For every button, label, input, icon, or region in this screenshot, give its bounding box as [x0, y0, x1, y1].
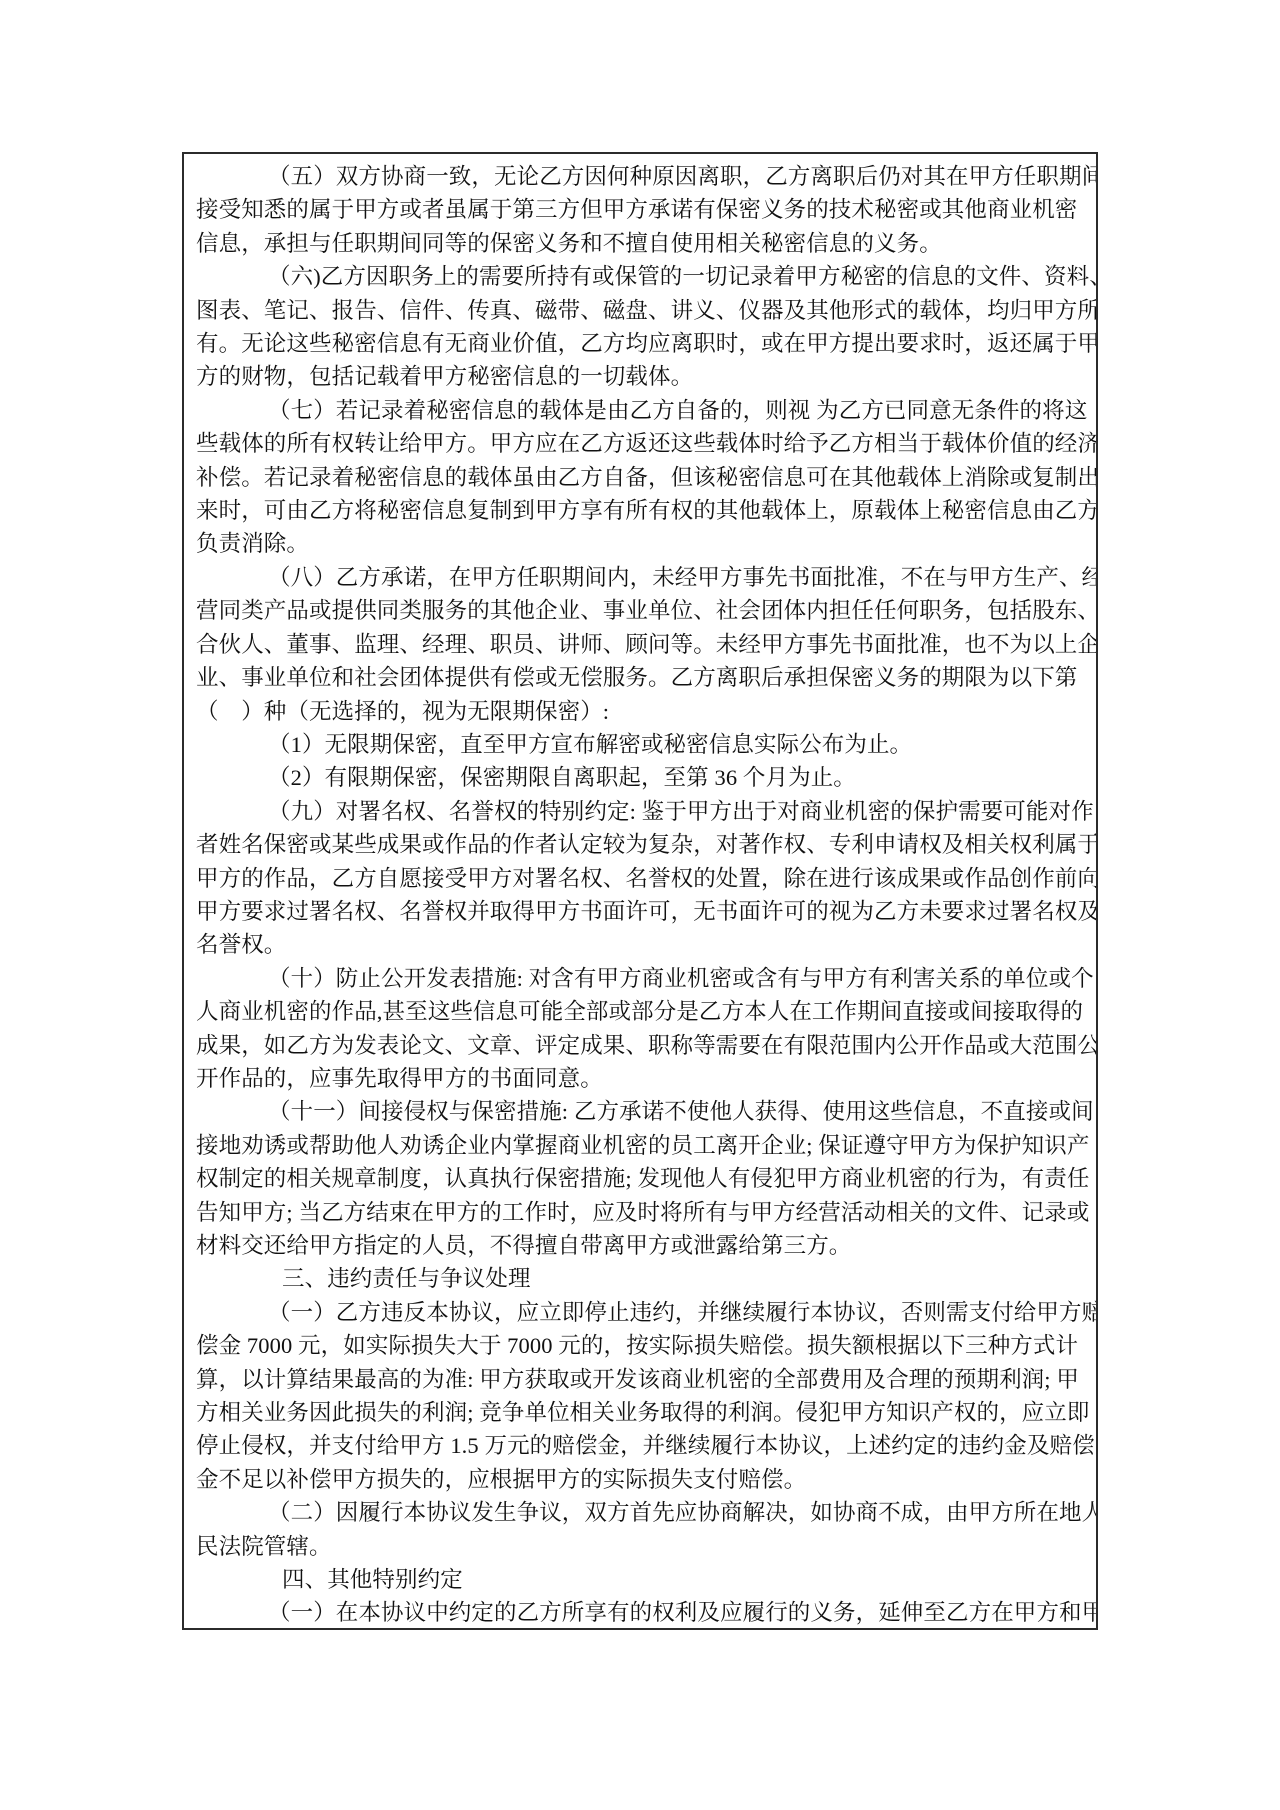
text-line: 图表、笔记、报告、信件、传真、磁带、磁盘、讲义、仪器及其他形式的载体，均归甲方所 — [196, 294, 1086, 327]
text-line: 信息，承担与任职期间同等的保密义务和不擅自使用相关秘密信息的义务。 — [196, 227, 1086, 260]
text-line: （六)乙方因职务上的需要所持有或保管的一切记录着甲方秘密的信息的文件、资料、 — [196, 260, 1086, 293]
text-line: 权制定的相关规章制度，认真执行保密措施; 发现他人有侵犯甲方商业机密的行为，有责… — [196, 1162, 1086, 1195]
text-line: 业、事业单位和社会团体提供有偿或无偿服务。乙方离职后承担保密义务的期限为以下第 — [196, 661, 1086, 694]
text-line: 有。无论这些秘密信息有无商业价值，乙方均应离职时，或在甲方提出要求时，返还属于甲 — [196, 327, 1086, 360]
text-line: 负责消除。 — [196, 527, 1086, 560]
text-line: 告知甲方; 当乙方结束在甲方的工作时，应及时将所有与甲方经营活动相关的文件、记录… — [196, 1196, 1086, 1229]
text-line: （2）有限期保密，保密期限自离职起，至第 36 个月为止。 — [196, 761, 1086, 794]
text-line: 材料交还给甲方指定的人员，不得擅自带离甲方或泄露给第三方。 — [196, 1229, 1086, 1262]
text-line: 甲方的作品，乙方自愿接受甲方对署名权、名誉权的处置，除在进行该成果或作品创作前向 — [196, 862, 1086, 895]
text-line: 三、违约责任与争议处理 — [196, 1262, 1086, 1295]
text-line: （ ）种（无选择的，视为无限期保密）: — [196, 695, 1086, 728]
text-line: 人商业机密的作品,甚至这些信息可能全部或部分是乙方本人在工作期间直接或间接取得的 — [196, 995, 1086, 1028]
text-line: 算，以计算结果最高的为准: 甲方获取或开发该商业机密的全部费用及合理的预期利润;… — [196, 1363, 1086, 1396]
text-line: 停止侵权，并支付给甲方 1.5 万元的赔偿金，并继续履行本协议，上述约定的违约金… — [196, 1429, 1086, 1462]
text-line: 接受知悉的属于甲方或者虽属于第三方但甲方承诺有保密义务的技术秘密或其他商业机密 — [196, 193, 1086, 226]
text-line: （二）因履行本协议发生争议，双方首先应协商解决，如协商不成，由甲方所在地人 — [196, 1496, 1086, 1529]
text-line: （九）对署名权、名誉权的特别约定: 鉴于甲方出于对商业机密的保护需要可能对作 — [196, 795, 1086, 828]
document-page: （五）双方协商一致，无论乙方因何种原因离职，乙方离职后仍对其在甲方任职期间接受知… — [0, 0, 1280, 1810]
text-line: 方的财物，包括记载着甲方秘密信息的一切载体。 — [196, 360, 1086, 393]
text-line: 开作品的，应事先取得甲方的书面同意。 — [196, 1062, 1086, 1095]
text-line: 民法院管辖。 — [196, 1530, 1086, 1563]
text-line: （八）乙方承诺，在甲方任职期间内，未经甲方事先书面批准，不在与甲方生产、经 — [196, 561, 1086, 594]
contract-text-table: （五）双方协商一致，无论乙方因何种原因离职，乙方离职后仍对其在甲方任职期间接受知… — [182, 152, 1098, 1630]
text-line: 些载体的所有权转让给甲方。甲方应在乙方返还这些载体时给予乙方相当于载体价值的经济 — [196, 427, 1086, 460]
text-line: 者姓名保密或某些成果或作品的作者认定较为复杂，对著作权、专利申请权及相关权利属于 — [196, 828, 1086, 861]
text-line: 偿金 7000 元，如实际损失大于 7000 元的，按实际损失赔偿。损失额根据以… — [196, 1329, 1086, 1362]
text-line: 补偿。若记录着秘密信息的载体虽由乙方自备，但该秘密信息可在其他载体上消除或复制出 — [196, 461, 1086, 494]
text-line: 来时，可由乙方将秘密信息复制到甲方享有所有权的其他载体上，原载体上秘密信息由乙方 — [196, 494, 1086, 527]
text-line: 成果，如乙方为发表论文、文章、评定成果、职称等需要在有限范围内公开作品或大范围公 — [196, 1029, 1086, 1062]
text-line: 名誉权。 — [196, 928, 1086, 961]
text-line: （十一）间接侵权与保密措施: 乙方承诺不使他人获得、使用这些信息，不直接或间 — [196, 1095, 1086, 1128]
text-line: 营同类产品或提供同类服务的其他企业、事业单位、社会团体内担任任何职务，包括股东、 — [196, 594, 1086, 627]
text-line: （1）无限期保密，直至甲方宣布解密或秘密信息实际公布为止。 — [196, 728, 1086, 761]
text-line: （一）乙方违反本协议，应立即停止违约，并继续履行本协议，否则需支付给甲方赔 — [196, 1296, 1086, 1329]
text-line: 方相关业务因此损失的利润; 竞争单位相关业务取得的利润。侵犯甲方知识产权的，应立… — [196, 1396, 1086, 1429]
text-line: （十）防止公开发表措施: 对含有甲方商业机密或含有与甲方有利害关系的单位或个 — [196, 962, 1086, 995]
text-line: 合伙人、董事、监理、经理、职员、讲师、顾问等。未经甲方事先书面批准，也不为以上企 — [196, 628, 1086, 661]
text-line: （五）双方协商一致，无论乙方因何种原因离职，乙方离职后仍对其在甲方任职期间 — [196, 160, 1086, 193]
text-line: （一）在本协议中约定的乙方所享有的权利及应履行的义务，延伸至乙方在甲方和甲 — [196, 1596, 1086, 1629]
text-line: （七）若记录着秘密信息的载体是由乙方自备的，则视 为乙方已同意无条件的将这 — [196, 394, 1086, 427]
text-line: 甲方要求过署名权、名誉权并取得甲方书面许可，无书面许可的视为乙方未要求过署名权及 — [196, 895, 1086, 928]
text-line: 四、其他特别约定 — [196, 1563, 1086, 1596]
text-line: 金不足以补偿甲方损失的，应根据甲方的实际损失支付赔偿。 — [196, 1463, 1086, 1496]
text-line: 接地劝诱或帮助他人劝诱企业内掌握商业机密的员工离开企业; 保证遵守甲方为保护知识… — [196, 1129, 1086, 1162]
